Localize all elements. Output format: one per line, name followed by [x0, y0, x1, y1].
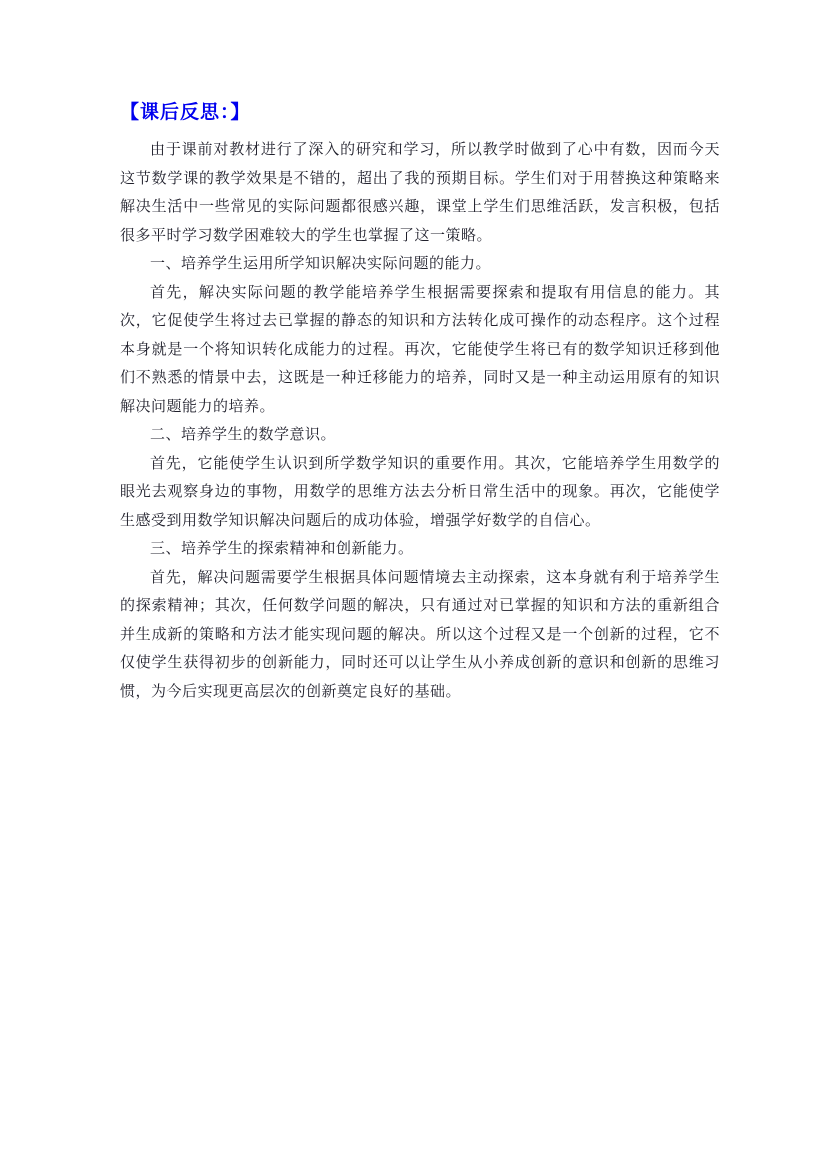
section-title-reflection: 【课后反思：】 — [120, 100, 720, 126]
subheading-point-1: 一、培养学生运用所学知识解决实际问题的能力。 — [120, 250, 720, 279]
subheading-point-2: 二、培养学生的数学意识。 — [120, 421, 720, 450]
document-page: 【课后反思：】 由于课前对教材进行了深入的研究和学习，所以教学时做到了心中有数，… — [0, 0, 827, 1170]
paragraph-point-2: 首先，它能使学生认识到所学数学知识的重要作用。其次，它能培养学生用数学的眼光去观… — [120, 450, 720, 536]
subheading-point-3: 三、培养学生的探索精神和创新能力。 — [120, 535, 720, 564]
document-content: 【课后反思：】 由于课前对教材进行了深入的研究和学习，所以教学时做到了心中有数，… — [120, 100, 720, 706]
paragraph-intro: 由于课前对教材进行了深入的研究和学习，所以教学时做到了心中有数，因而今天这节数学… — [120, 136, 720, 250]
paragraph-point-1: 首先，解决实际问题的教学能培养学生根据需要探索和提取有用信息的能力。其次，它促使… — [120, 279, 720, 422]
paragraph-point-3: 首先，解决问题需要学生根据具体问题情境去主动探索，这本身就有利于培养学生的探索精… — [120, 564, 720, 707]
